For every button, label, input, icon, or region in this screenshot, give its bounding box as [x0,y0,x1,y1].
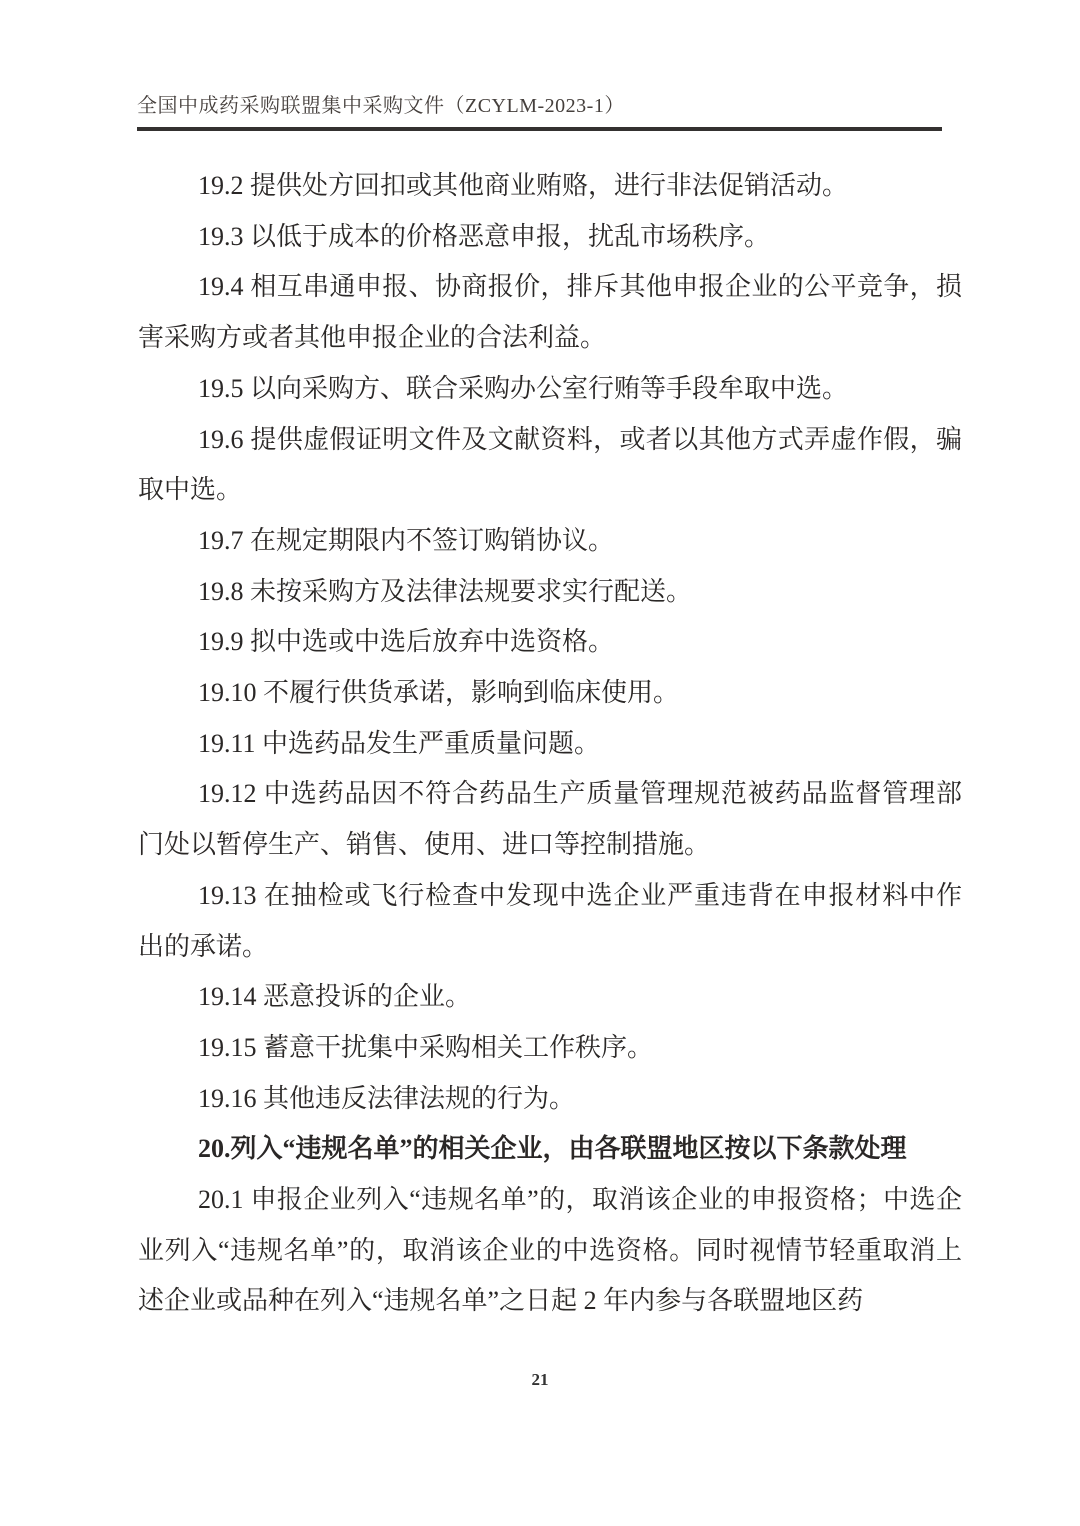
page-number: 21 [532,1370,549,1389]
paragraph: 19.16 其他违反法律法规的行为。 [138,1074,962,1125]
paragraph: 19.12 中选药品因不符合药品生产质量管理规范被药品监督管理部门处以暂停生产、… [138,769,962,870]
header-divider [137,127,942,131]
document-page: 全国中成药采购联盟集中采购文件（ZCYLM-2023-1） 19.2 提供处方回… [0,0,1080,1526]
paragraph: 19.14 恶意投诉的企业。 [138,972,962,1023]
paragraph: 19.3 以低于成本的价格恶意申报，扰乱市场秩序。 [138,212,962,263]
document-header-title: 全国中成药采购联盟集中采购文件（ZCYLM-2023-1） [137,94,943,118]
paragraph: 19.11 中选药品发生严重质量问题。 [138,719,962,770]
paragraph: 19.10 不履行供货承诺，影响到临床使用。 [138,668,962,719]
paragraph: 19.15 蓄意干扰集中采购相关工作秩序。 [138,1023,962,1074]
paragraph: 19.6 提供虚假证明文件及文献资料，或者以其他方式弄虚作假，骗取中选。 [138,415,962,516]
paragraph: 19.2 提供处方回扣或其他商业贿赂，进行非法促销活动。 [138,161,962,212]
paragraph: 19.8 未按采购方及法律法规要求实行配送。 [138,567,962,618]
paragraph: 19.5 以向采购方、联合采购办公室行贿等手段牟取中选。 [138,364,962,415]
paragraph: 19.4 相互串通申报、协商报价，排斥其他申报企业的公平竞争，损害采购方或者其他… [138,262,962,363]
page-footer: 21 [0,1370,1080,1390]
section-heading: 20.列入“违规名单”的相关企业，由各联盟地区按以下条款处理 [138,1124,962,1175]
paragraph: 20.1 申报企业列入“违规名单”的，取消该企业的申报资格；中选企业列入“违规名… [138,1175,962,1327]
paragraph: 19.9 拟中选或中选后放弃中选资格。 [138,617,962,668]
document-body: 19.2 提供处方回扣或其他商业贿赂，进行非法促销活动。19.3 以低于成本的价… [138,161,962,1327]
paragraph: 19.7 在规定期限内不签订购销协议。 [138,516,962,567]
page-header: 全国中成药采购联盟集中采购文件（ZCYLM-2023-1） [137,94,943,131]
paragraph: 19.13 在抽检或飞行检查中发现中选企业严重违背在申报材料中作出的承诺。 [138,871,962,972]
